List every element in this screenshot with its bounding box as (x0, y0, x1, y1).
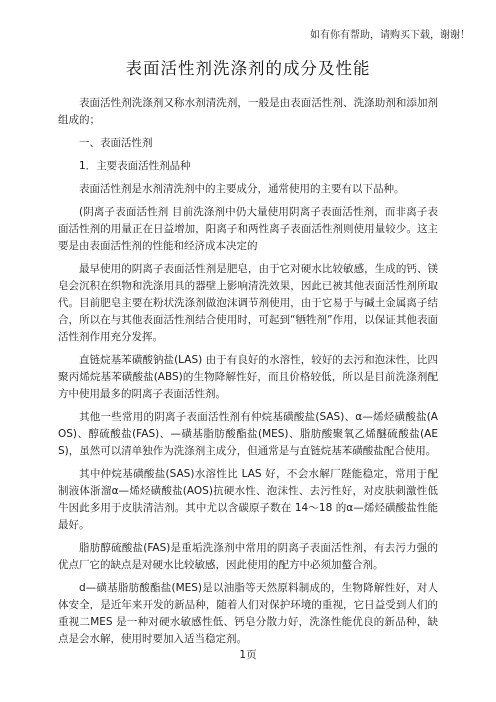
document-body: 表面活性剂洗涤剂又称水剂清洗剂，一般是由表面活性剂、洗涤助剂和添加剂组成的； 一… (58, 95, 438, 648)
body-paragraph-mes: d—磺基脂肪酸酯盐(MES)是以油脂等天然原料制成的，生物降解性好，对人体安全，… (58, 580, 438, 648)
body-paragraph-soap: 最早使用的阴离子表面活性剂是肥皂，由于它对硬水比较敏感，生成的钙、镁皂会沉积在织… (58, 261, 438, 346)
body-paragraph-las: 直链烷基苯磺酸钠盐(LAS) 由于有良好的水溶性，较好的去污和泡沫性，比四聚丙烯… (58, 352, 438, 403)
page-number: 1页 (0, 648, 496, 662)
document-page: 如有你有帮助，请购买下载，谢谢！ 表面活性剂洗涤剂的成分及性能 表面活性剂洗涤剂… (0, 0, 496, 702)
body-paragraph-fas: 脂肪醇硫酸盐(FAS)是重垢洗涤剂中常用的阴离子表面活性剂，有去污力强的优点厂它… (58, 540, 438, 574)
body-paragraph-anionic-intro: (阴离子表面活性剂 目前洗涤剂中仍大量使用阴离子表面活性剂，而非离子表面活性剂的… (58, 204, 438, 255)
document-title: 表面活性剂洗涤剂的成分及性能 (0, 58, 496, 80)
body-paragraph-sas-aos: 其中仲烷基磺酸盐(SAS)水溶性比 LAS 好，不会水解厂陛能稳定，常用于配制液… (58, 466, 438, 534)
intro-paragraph: 表面活性剂洗涤剂又称水剂清洗剂，一般是由表面活性剂、洗涤助剂和添加剂组成的； (58, 95, 438, 129)
header-note: 如有你有帮助，请购买下载，谢谢！ (0, 30, 496, 42)
subsection-heading-main-varieties: 1．主要表面活性剂品种 (58, 158, 438, 175)
body-paragraph-overview: 表面活性剂是水剂清洗剂中的主要成分，通常使用的主要有以下品种。 (58, 181, 438, 198)
section-heading-surfactants: 一、表面活性剂 (58, 135, 438, 152)
body-paragraph-other-anionics: 其他一些常用的阴离子表面活性剂有仲烷基磺酸盐(SAS)、α—烯烃磺酸盐(AOS)… (58, 409, 438, 460)
